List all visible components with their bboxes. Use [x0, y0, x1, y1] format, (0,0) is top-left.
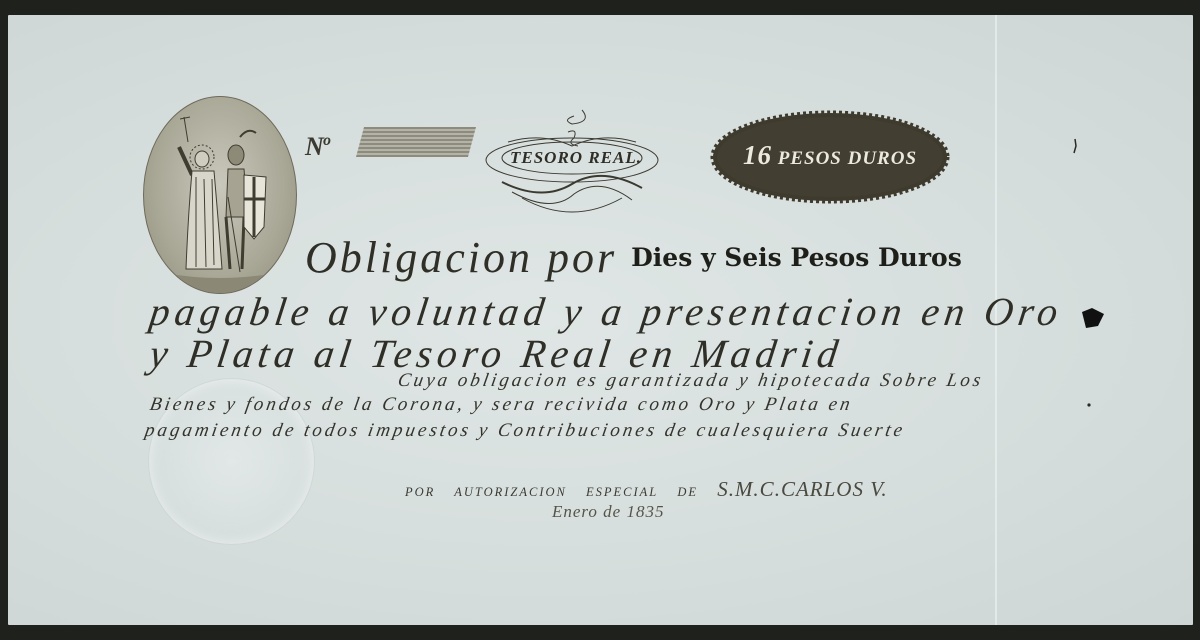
pin-hole-icon [1070, 138, 1080, 154]
allegory-knight-icon [144, 97, 296, 293]
body-line-6: pagamiento de todos impuestos y Contribu… [143, 420, 907, 442]
auth-word: AUTORIZACION [454, 485, 567, 499]
denomination-unit: PESOS DUROS [778, 148, 917, 169]
serial-number-field [356, 127, 476, 157]
pin-hole-icon [1085, 400, 1093, 410]
header-title: TESORO REAL. [506, 148, 646, 168]
denomination-numeral: 16 [743, 140, 772, 170]
torn-hole-icon [1080, 306, 1106, 330]
vignette-engraving [143, 96, 297, 294]
denomination-badge: 16 PESOS DUROS [710, 110, 950, 205]
sovereign-name: S.M.C.CARLOS V. [717, 477, 887, 501]
body-line-4: Cuya obligacion es garantizada y hipotec… [396, 370, 985, 392]
auth-word: ESPECIAL [586, 485, 658, 499]
obligacion-text: Obligacion por [305, 233, 617, 282]
auth-word: POR [405, 485, 435, 499]
auth-word: DE [677, 485, 698, 499]
serial-number-mark: Nº [305, 132, 328, 162]
body-line-1: Obligacion por Dies y Seis Pesos Duros [305, 232, 962, 283]
authorization-line: POR AUTORIZACION ESPECIAL DE S.M.C.CARLO… [405, 477, 888, 502]
denomination-text: 16 PESOS DUROS [710, 140, 950, 171]
body-line-2: pagable a voluntad y a presentacion en O… [147, 288, 1066, 335]
issue-date: Enero de 1835 [552, 502, 664, 522]
tesoro-real-header: TESORO REAL. [482, 102, 662, 227]
body-line-5: Bienes y fondos de la Corona, y sera rec… [148, 394, 855, 416]
amount-in-words: Dies y Seis Pesos Duros [631, 243, 962, 272]
